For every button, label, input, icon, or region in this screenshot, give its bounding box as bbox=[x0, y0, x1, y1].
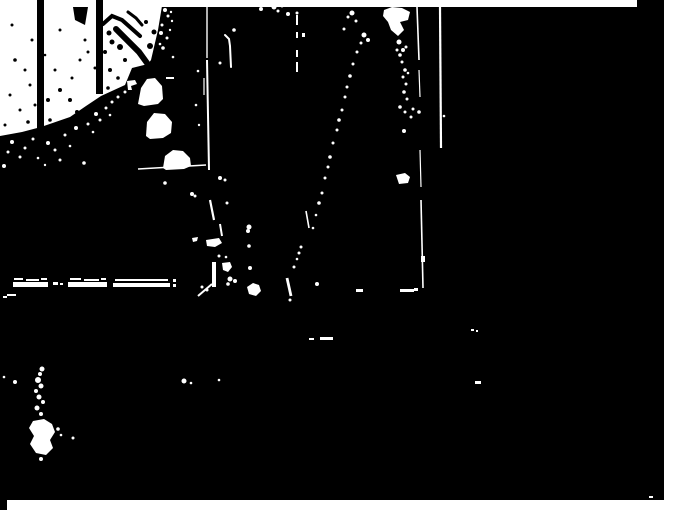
scene-svg bbox=[0, 0, 674, 510]
rail-bar-3 bbox=[113, 283, 170, 287]
ladder-dash bbox=[166, 77, 174, 79]
rail-bar-1 bbox=[13, 282, 48, 287]
page-margin-right bbox=[664, 0, 674, 510]
binarized-photo: Binarized black-and-white photograph: da… bbox=[0, 0, 674, 510]
door-frame-post-left bbox=[37, 0, 44, 147]
door-frame-post-mid bbox=[96, 0, 103, 94]
cable-cap bbox=[421, 256, 425, 262]
pole-line-bright bbox=[440, 7, 441, 148]
hook-dot bbox=[232, 28, 236, 32]
rail-bar-3-top bbox=[115, 279, 168, 281]
page-margin-bottom bbox=[7, 500, 674, 510]
debris-bar bbox=[212, 262, 216, 287]
pole-line-dot bbox=[443, 115, 446, 118]
rail-bar-2 bbox=[68, 282, 107, 287]
